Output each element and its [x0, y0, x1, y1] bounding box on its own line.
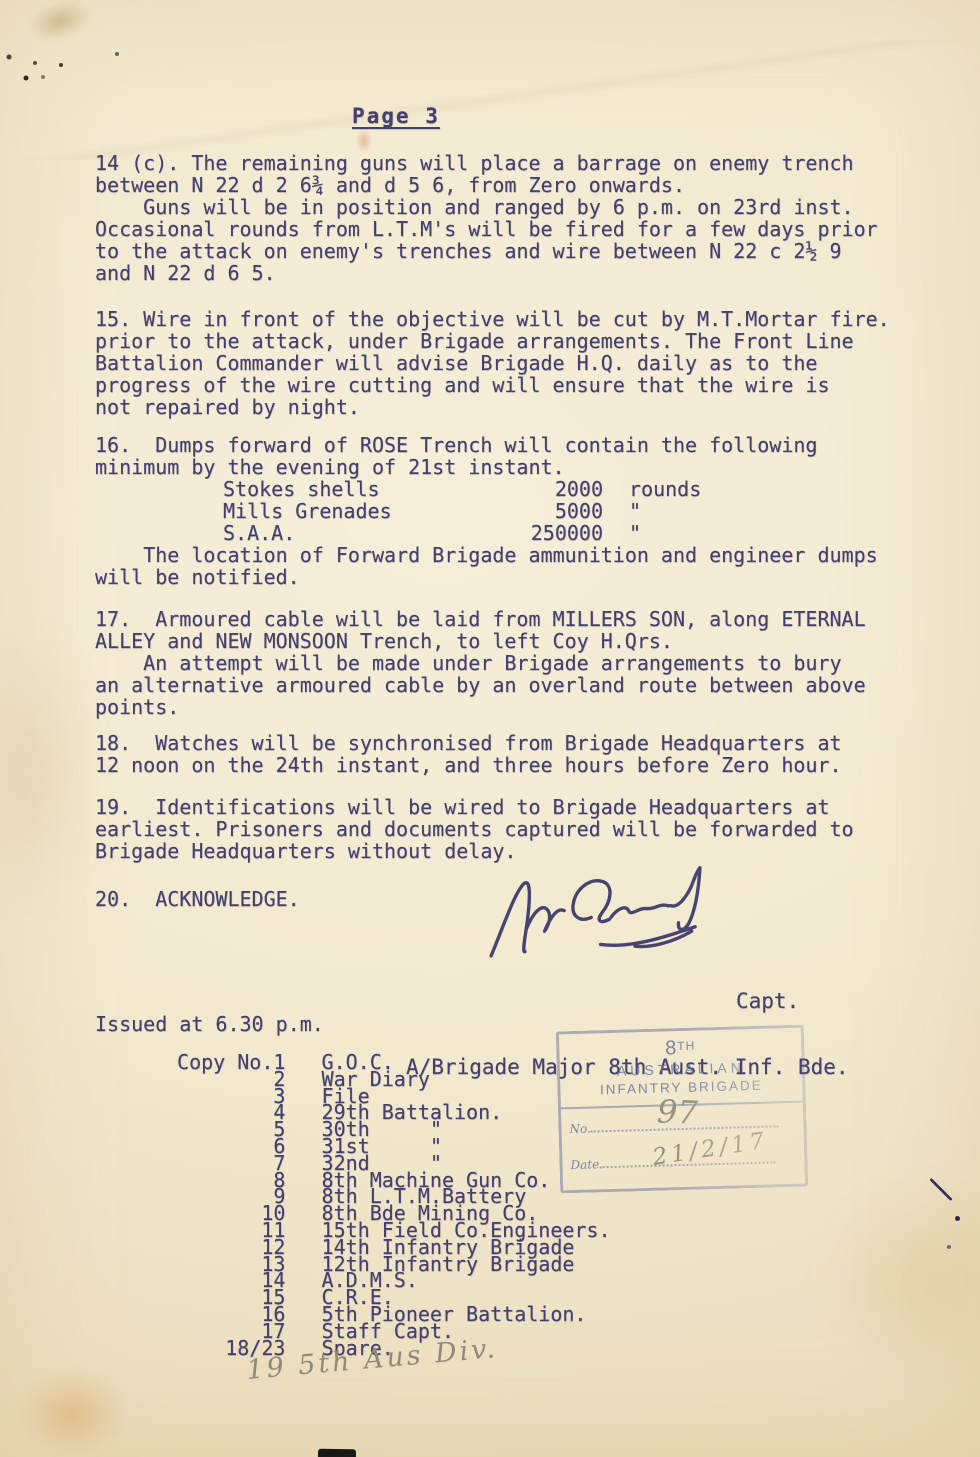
stamp-no-label: No.: [569, 1122, 591, 1137]
stamp-heading: 8TH AUSTRALIAN INFANTRY BRIGADE: [559, 1028, 803, 1099]
document-page: Page 3 14 (c). The remaining guns will p…: [0, 0, 980, 1457]
paper-crease: [0, 40, 980, 160]
paper-stain: [18, 1368, 128, 1457]
paper-stain: [356, 129, 372, 153]
signatory-rank: Capt.: [406, 990, 849, 1012]
stamp-date-label: Date: [570, 1157, 599, 1172]
paragraph-14c: 14 (c). The remaining guns will place a …: [95, 152, 900, 284]
paper-speckles: [0, 0, 2, 2]
ammo-row: Stokes shells2000rounds: [95, 478, 900, 500]
ammo-table: Stokes shells2000roundsMills Grenades500…: [95, 478, 900, 544]
issued-line: Issued at 6.30 p.m.: [95, 1012, 324, 1036]
paper-stain: [0, 620, 100, 920]
ammo-item: Stokes shells: [223, 478, 483, 500]
copy-distribution-list: Copy No.1 G.O.C. 2 War Diary 3 File 4 29…: [165, 1054, 611, 1356]
ammo-qty: 250000: [483, 522, 603, 544]
page-title: Page 3: [352, 104, 440, 128]
ammo-item: Mills Grenades: [223, 500, 483, 522]
pen-mark: [929, 1178, 952, 1201]
pen-dot: [955, 1216, 960, 1221]
paragraph-19: 19. Identifications will be wired to Bri…: [95, 796, 900, 862]
document-body: 14 (c). The remaining guns will place a …: [95, 152, 900, 910]
paragraph-17: 17. Armoured cable will be laid from MIL…: [95, 608, 900, 718]
stamp-number-handwritten: 97: [656, 1092, 698, 1132]
ammo-row: S.A.A.250000": [95, 522, 900, 544]
paragraph-16-close: The location of Forward Brigade ammuniti…: [95, 544, 900, 588]
paragraph-15: 15. Wire in front of the objective will …: [95, 308, 900, 418]
brigade-stamp: 8TH AUSTRALIAN INFANTRY BRIGADE No. Date…: [556, 1025, 808, 1194]
scan-edge-mark: [318, 1449, 356, 1457]
ammo-qty: 5000: [483, 500, 603, 522]
paper-stain: [820, 1180, 980, 1380]
ammo-item: S.A.A.: [223, 522, 483, 544]
ammo-unit: rounds: [603, 478, 701, 500]
paper-stain: [24, 0, 96, 48]
paragraph-18: 18. Watches will be synchronised from Br…: [95, 732, 900, 776]
ammo-unit: ": [603, 500, 641, 522]
ammo-unit: ": [603, 522, 641, 544]
paragraph-16-intro: 16. Dumps forward of ROSE Trench will co…: [95, 434, 900, 478]
ammo-qty: 2000: [483, 478, 603, 500]
ammo-row: Mills Grenades5000": [95, 500, 900, 522]
